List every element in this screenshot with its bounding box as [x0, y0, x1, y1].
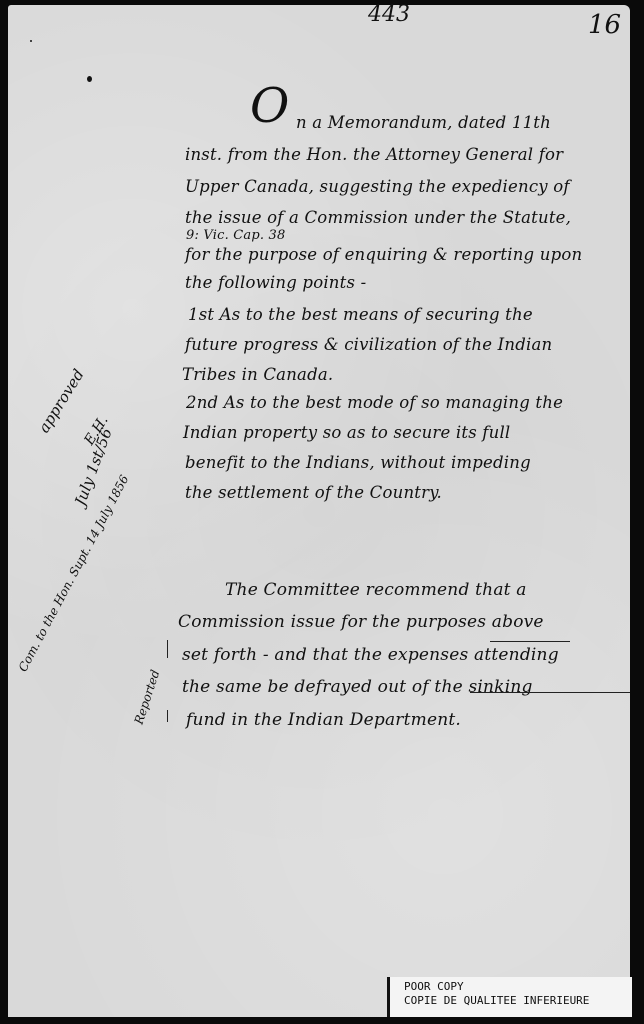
body-line: Tribes in Canada.: [182, 365, 333, 384]
statute-reference: 9: Vic. Cap. 38: [186, 228, 285, 243]
body-line: inst. from the Hon. the Attorney General…: [185, 145, 563, 164]
recommendation-line: fund in the Indian Department.: [186, 710, 461, 730]
recommendation-line: set forth - and that the expenses attend…: [182, 645, 559, 665]
body-line: for the purpose of enquiring & reporting…: [185, 245, 582, 264]
ink-spot: [30, 40, 32, 42]
recommendation-line: The Committee recommend that a: [225, 580, 527, 600]
initial-letter: O: [250, 82, 289, 130]
page-number: 16: [588, 10, 621, 40]
underline: [490, 641, 570, 642]
body-line: the following points -: [185, 273, 366, 292]
point-one: 1st As to the best means of securing the: [188, 305, 533, 324]
recommendation-line: the same be defrayed out of the sinking: [182, 677, 533, 697]
margin-mark: [167, 710, 168, 722]
body-line: future progress & civilization of the In…: [185, 335, 552, 354]
body-line: the issue of a Commission under the Stat…: [185, 208, 571, 227]
poor-copy-stamp: POOR COPY COPIE DE QUALITEE INFERIEURE: [387, 977, 632, 1017]
body-line: Upper Canada, suggesting the expediency …: [185, 177, 570, 196]
body-line: Indian property so as to secure its full: [183, 423, 510, 442]
recommendation-line: Commission issue for the purposes above: [178, 612, 544, 632]
point-two: 2nd As to the best mode of so managing t…: [186, 393, 563, 412]
body-line: the settlement of the Country.: [185, 483, 442, 502]
underline: [470, 692, 630, 693]
margin-mark: [167, 640, 168, 658]
body-line: n a Memorandum, dated 11th: [296, 113, 551, 132]
body-line: benefit to the Indians, without impeding: [185, 453, 531, 472]
archive-number: 443: [368, 2, 410, 27]
ink-spot: [87, 76, 92, 82]
stamp-line-french: COPIE DE QUALITEE INFERIEURE: [404, 994, 632, 1008]
stamp-line-english: POOR COPY: [404, 980, 632, 994]
